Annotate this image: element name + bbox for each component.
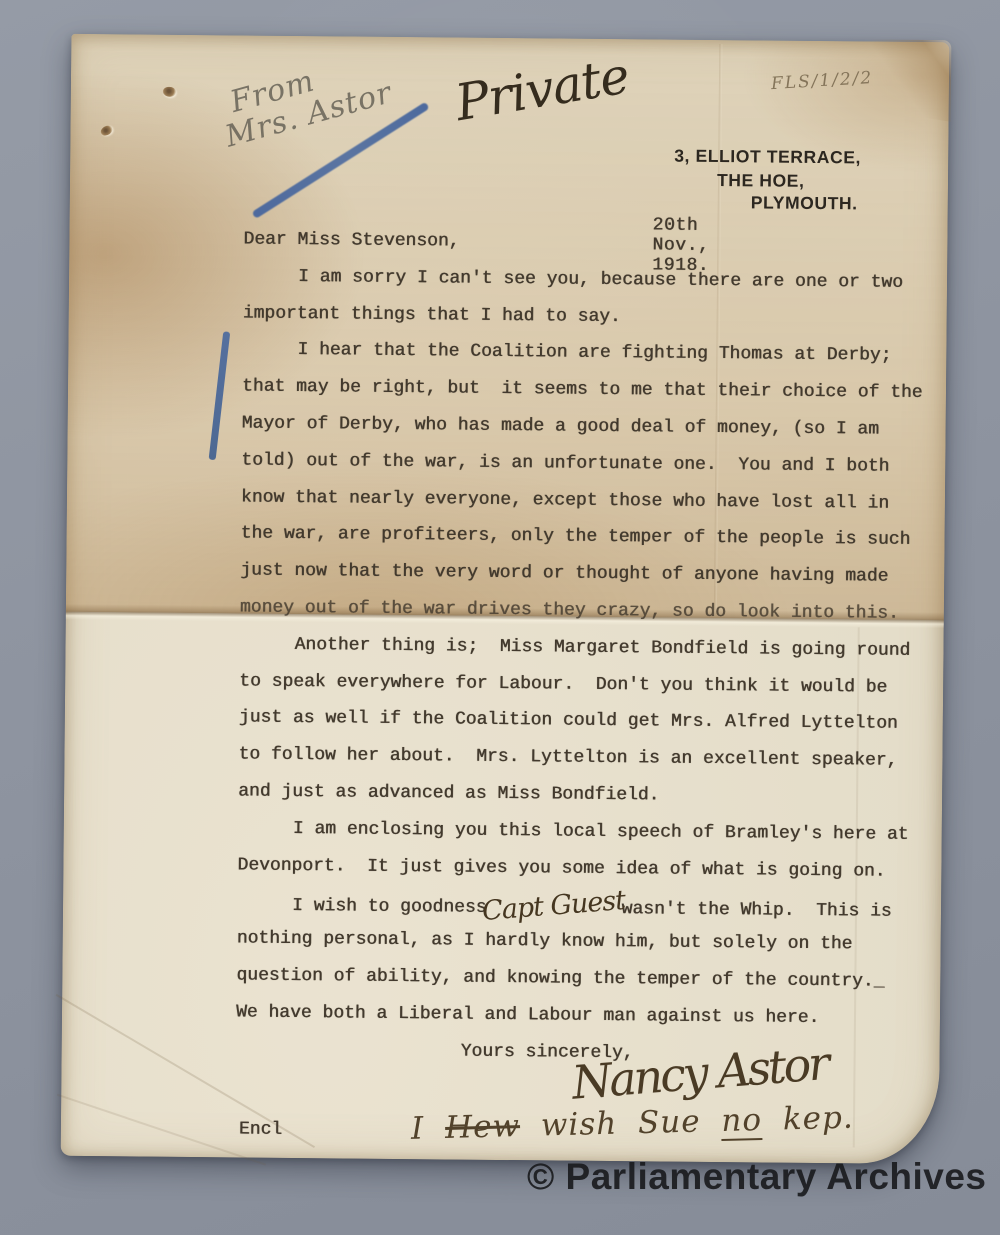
handwritten-postscript: I Hew wish Sue no kep. <box>411 1100 855 1147</box>
private-annotation: Private <box>451 46 632 132</box>
typed-line: and just as advanced as Miss Bondfield. <box>238 773 944 817</box>
postscript-underlined-word: no <box>721 1102 763 1141</box>
letter-paper: From Mrs. Astor Private FLS/1/2/2 3, ELL… <box>61 34 950 1164</box>
letterhead-address-line: PLYMOUTH. <box>751 192 858 214</box>
typed-line: We have both a Liberal and Labour man ag… <box>236 994 942 1038</box>
archive-reference: FLS/1/2/2 <box>770 68 873 94</box>
typed-line: money out of the war drives they crazy, … <box>240 589 946 633</box>
postscript-text: wish Sue <box>520 1103 722 1144</box>
typed-line: I am sorry I can't see you, because ther… <box>243 258 949 302</box>
pencil-provenance-note: From Mrs. Astor <box>227 46 395 150</box>
pin-hole <box>162 85 177 98</box>
pin-hole <box>99 124 113 136</box>
postscript-text: I <box>411 1110 446 1147</box>
typed-line: I am enclosing you this local speech of … <box>238 810 944 854</box>
typed-line: told) out of the war, is an unfortunate … <box>241 442 947 486</box>
letterhead-address-line: 3, ELLIOT TERRACE, <box>674 146 914 169</box>
postscript-text: kep. <box>762 1100 855 1138</box>
enclosure-note: Encl <box>239 1119 282 1139</box>
typed-line: Another thing is; Miss Margaret Bondfiel… <box>239 626 945 670</box>
letterhead-address-line: THE HOE, <box>717 170 805 192</box>
blue-pencil-margin-mark <box>209 331 231 460</box>
typed-line: question of ability, and knowing the tem… <box>236 957 942 1001</box>
diagonal-crease <box>57 1094 266 1166</box>
archive-watermark: © Parliamentary Archives <box>527 1156 987 1198</box>
typed-letter-body: Dear Miss Stevenson,I am sorry I can't s… <box>235 221 949 1074</box>
postscript-struck-word: Hew <box>445 1108 521 1146</box>
typed-text: wasn't the Whip. This is <box>621 899 891 922</box>
photo-background: From Mrs. Astor Private FLS/1/2/2 3, ELL… <box>0 0 1000 1235</box>
typed-text: I wish to goodness <box>292 896 487 918</box>
